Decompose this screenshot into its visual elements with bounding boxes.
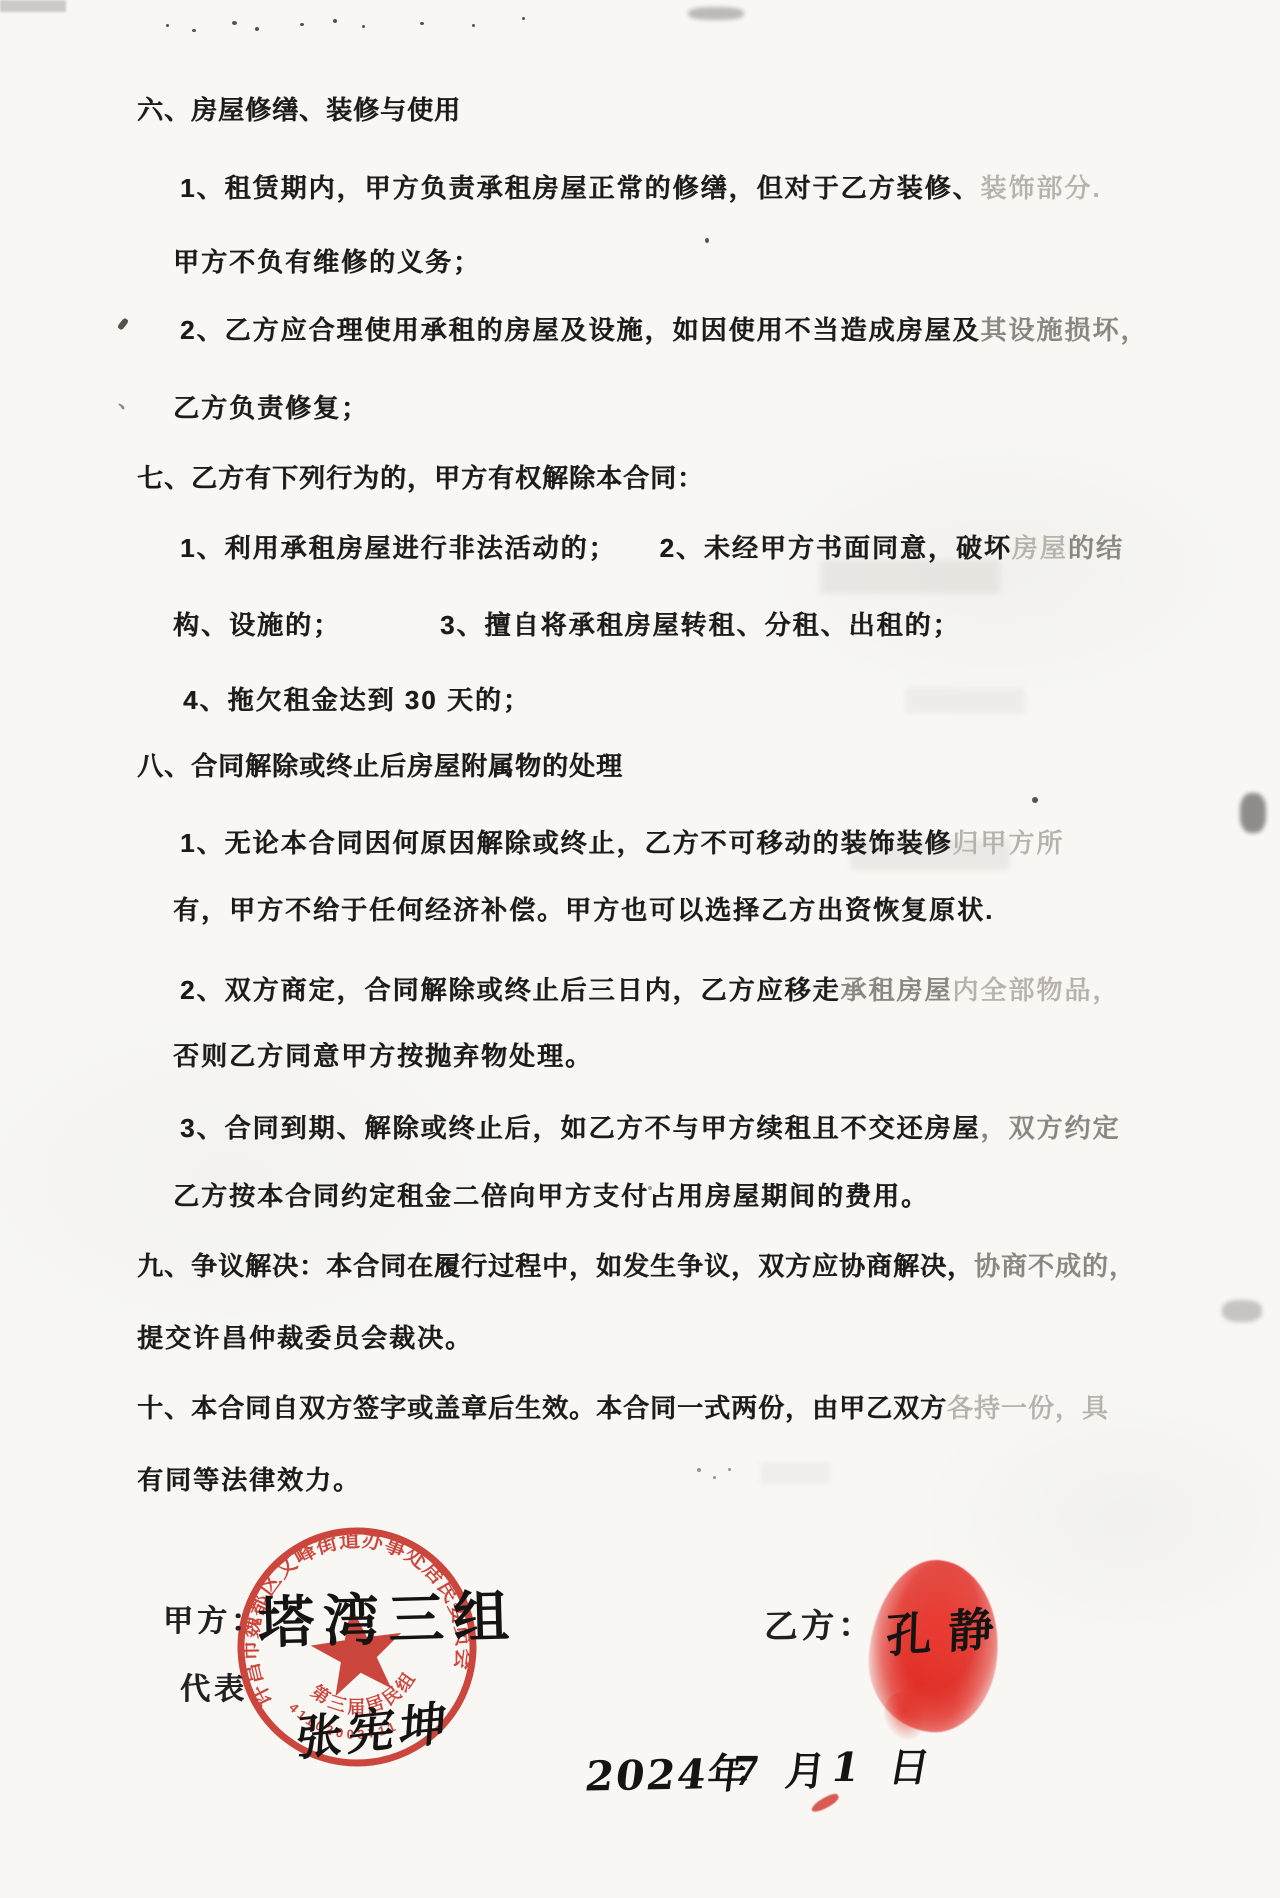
- line-text: 2、双方商定，合同解除或终止后三日内，乙方应移走: [180, 975, 840, 1005]
- section-heading-nine: 九、争议解决：本合同在履行过程中，如发生争议，双方应协商解决，协商不成的，: [137, 1246, 1136, 1283]
- line-text: 的结: [1068, 533, 1124, 563]
- contract-line: 2、乙方应合理使用承租的房屋及设施，如因使用不当造成房屋及其设施损坏，: [180, 310, 1148, 347]
- scan-artifact: [705, 238, 709, 243]
- line-text-faded: 归甲方所: [952, 828, 1064, 858]
- scan-artifact: [472, 24, 475, 27]
- line-text-faded: 各持一份，具: [947, 1393, 1109, 1423]
- representative-label: 代表: [180, 1664, 248, 1708]
- scanned-contract-page: 六、房屋修缮、装修与使用 1、租赁期内，甲方负责承租房屋正常的修缮，但对于乙方装…: [0, 0, 1280, 1898]
- scan-artifact: [1222, 1300, 1262, 1322]
- scan-artifact: [300, 23, 304, 26]
- contract-line: 有，甲方不给于任何经济补偿。甲方也可以选择乙方出资恢复原状.: [173, 890, 994, 927]
- party-b-label: 乙方：: [764, 1599, 876, 1648]
- contract-line: 甲方不负有维修的义务；: [173, 242, 481, 279]
- scan-artifact: [362, 25, 365, 28]
- line-text: 十、本合同自双方签字或盖章后生效。本合同一式两份，由甲乙双方: [137, 1393, 947, 1423]
- contract-line: 3、合同到期、解除或终止后，如乙方不与甲方续租且不交还房屋，双方约定: [180, 1108, 1120, 1145]
- contract-line: 2、双方商定，合同解除或终止后三日内，乙方应移走承租房屋内全部物品，: [180, 970, 1121, 1007]
- scan-artifact: [713, 1476, 716, 1479]
- section-heading-six: 六、房屋修缮、装修与使用: [137, 90, 461, 127]
- line-text-faded: 装饰部分.: [980, 173, 1101, 203]
- scan-artifact: [688, 7, 744, 20]
- scan-artifact: [232, 21, 237, 25]
- scan-artifact: [117, 317, 129, 330]
- scan-artifact: [333, 19, 337, 23]
- line-text: 1、利用承租房屋进行非法活动的； 2、未经甲方书面同意，破坏: [180, 533, 1012, 563]
- contract-line: 1、无论本合同因何原因解除或终止，乙方不可移动的装饰装修归甲方所: [180, 823, 1064, 860]
- scan-ghost-text: [905, 688, 1025, 714]
- scan-artifact: [166, 24, 169, 27]
- line-text: 1、无论本合同因何原因解除或终止，乙方不可移动的装饰装修: [180, 828, 952, 858]
- section-heading-seven: 七、乙方有下列行为的，甲方有权解除本合同：: [137, 458, 704, 495]
- scan-artifact: [697, 1468, 701, 1472]
- contract-line: 乙方按本合同约定租金二倍向甲方支付占用房屋期间的费用。: [173, 1176, 929, 1213]
- line-text-faded: 内全部物品，: [952, 975, 1120, 1005]
- scan-artifact: [728, 1468, 731, 1471]
- section-heading-ten: 十、本合同自双方签字或盖章后生效。本合同一式两份，由甲乙双方各持一份，具: [137, 1388, 1109, 1425]
- party-b-name-handwritten: 孔静: [885, 1592, 1011, 1667]
- contract-line: 4、拖欠租金达到 30 天的；: [183, 680, 531, 717]
- line-text-faded: 协商不成的，: [974, 1251, 1136, 1281]
- line-text: 1、租赁期内，甲方负责承租房屋正常的修缮，但对于乙方装修、: [180, 173, 980, 203]
- margin-mark: 、: [118, 384, 140, 413]
- scan-artifact: [420, 22, 424, 25]
- contract-line: 乙方负责修复；: [173, 388, 369, 425]
- line-text: 3、合同到期、解除或终止后，如乙方不与甲方续租且不交还房屋: [180, 1113, 980, 1143]
- scan-artifact: [0, 0, 66, 12]
- scan-ghost-text: [820, 560, 1000, 594]
- scan-ghost-text: [760, 1462, 830, 1484]
- section-heading-eight: 八、合同解除或终止后房屋附属物的处理: [137, 746, 623, 783]
- line-text: 2、乙方应合理使用承租的房屋及设施，如因使用不当造成房屋及: [180, 315, 980, 345]
- contract-line: 有同等法律效力。: [137, 1460, 361, 1497]
- line-text-faded: 承租房屋: [840, 975, 952, 1005]
- line-text: 九、争议解决：本合同在履行过程中，如发生争议，双方应协商解决，: [137, 1251, 974, 1281]
- date-month-handwritten: 7 月: [729, 1740, 835, 1797]
- party-a-name-handwritten: 塔湾三组: [257, 1573, 519, 1660]
- line-text-faded: 其设施损坏，: [980, 315, 1148, 345]
- party-a-label: 甲方：: [163, 1596, 265, 1640]
- scan-artifact: [1032, 797, 1038, 803]
- contract-line: 提交许昌仲裁委员会裁决。: [137, 1318, 473, 1355]
- contract-line: 否则乙方同意甲方按抛弃物处理。: [173, 1036, 593, 1073]
- scan-artifact: [522, 17, 525, 20]
- contract-line: 1、租赁期内，甲方负责承租房屋正常的修缮，但对于乙方装修、装饰部分.: [180, 168, 1102, 205]
- scan-artifact: [192, 29, 196, 32]
- contract-line: 构、设施的； 3、擅自将承租房屋转租、分租、出租的；: [173, 605, 960, 642]
- contract-line: 1、利用承租房屋进行非法活动的； 2、未经甲方书面同意，破坏房屋的结: [180, 528, 1124, 565]
- line-text-faded: ，双方约定: [980, 1113, 1120, 1143]
- scan-artifact: [255, 27, 259, 31]
- scan-artifact: [1240, 793, 1266, 833]
- line-text-faded: 房屋: [1012, 533, 1068, 563]
- date-day-handwritten: 1 日: [827, 1736, 943, 1793]
